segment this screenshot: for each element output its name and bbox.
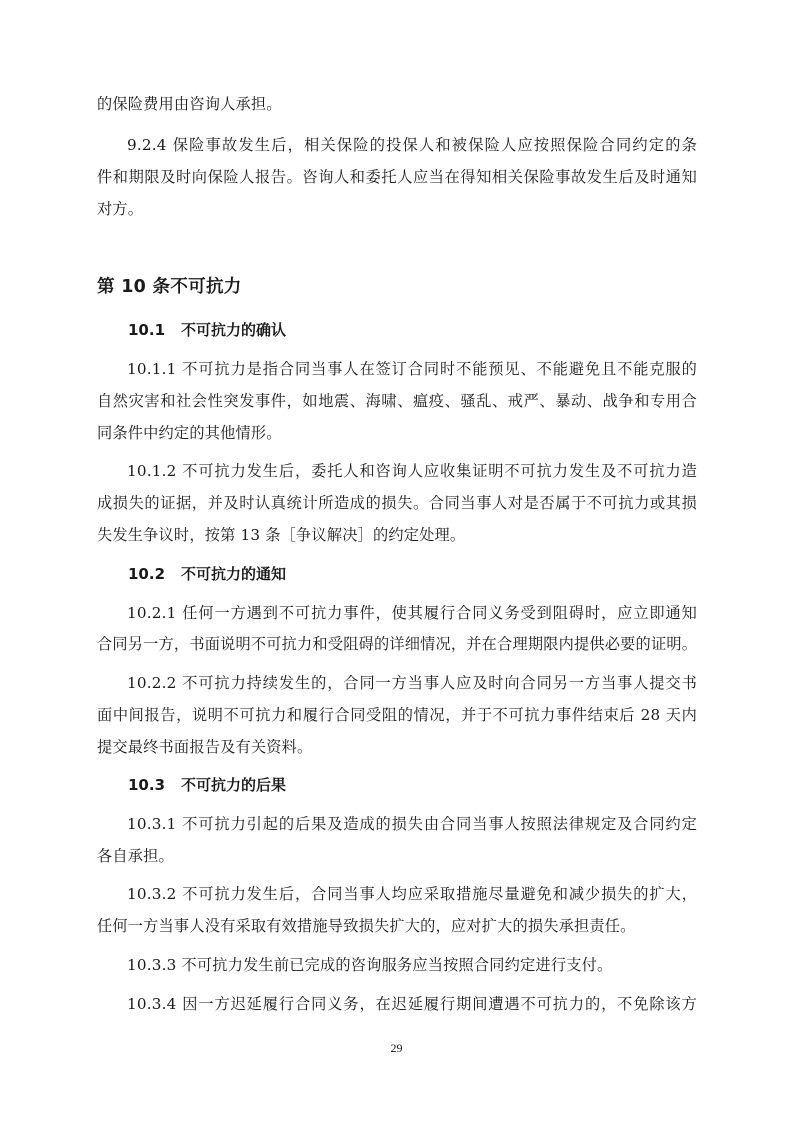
paragraph-line: 合同另一方，书面说明不可抗力和受阻碍的详细情况，并在合理期限内提供必要的证明。 (97, 634, 697, 654)
paragraph-line: 10.1.1 不可抗力是指合同当事人在签订合同时不能预见、不能避免且不能克服的 (127, 359, 697, 379)
paragraph-line: 10.2.1 任何一方遇到不可抗力事件，使其履行合同义务受到阻碍时，应立即通知 (127, 603, 697, 623)
paragraph-line: 对方。 (97, 199, 697, 219)
paragraph-line: 任何一方当事人没有采取有效措施导致损失扩大的，应对扩大的损失承担责任。 (97, 916, 697, 936)
paragraph-line: 10.3.2 不可抗力发生后，合同当事人均应采取措施尽量避免和减少损失的扩大， (127, 884, 697, 904)
paragraph-line: 10.3.3 不可抗力发生前已完成的咨询服务应当按照合同约定进行支付。 (127, 955, 697, 975)
paragraph-line: 件和期限及时向保险人报告。咨询人和委托人应当在得知相关保险事故发生后及时通知 (97, 167, 697, 187)
paragraph-line: 10.2.2 不可抗力持续发生的，合同一方当事人应及时向合同另一方当事人提交书 (127, 673, 697, 693)
section-heading-10-1: 10.1不可抗力的确认 (128, 320, 286, 340)
paragraph-line: 10.3.1 不可抗力引起的后果及造成的损失由合同当事人按照法律规定及合同约定 (127, 814, 697, 834)
paragraph-line: 成损失的证据，并及时认真统计所造成的损失。合同当事人对是否属于不可抗力或其损 (97, 493, 697, 513)
section-heading-10-2: 10.2不可抗力的通知 (128, 564, 286, 584)
section-number: 10.1 (128, 320, 181, 340)
paragraph-line: 自然灾害和社会性突发事件，如地震、海啸、瘟疫、骚乱、戒严、暴动、战争和专用合 (97, 391, 697, 411)
section-number: 10.2 (128, 564, 181, 584)
section-heading-10-3: 10.3不可抗力的后果 (128, 775, 286, 795)
section-number: 10.3 (128, 775, 181, 795)
paragraph-line: 的保险费用由咨询人承担。 (97, 94, 697, 114)
paragraph-line: 提交最终书面报告及有关资料。 (97, 737, 697, 757)
page-number: 29 (0, 1040, 793, 1056)
section-title: 不可抗力的确认 (181, 321, 286, 339)
paragraph-line: 9.2.4 保险事故发生后，相关保险的投保人和被保险人应按照保险合同约定的条 (127, 135, 697, 155)
section-title: 不可抗力的后果 (181, 776, 286, 794)
paragraph-line: 各自承担。 (97, 846, 697, 866)
paragraph-line: 失发生争议时，按第 13 条［争议解决］的约定处理。 (97, 525, 697, 545)
section-title: 不可抗力的通知 (181, 565, 286, 583)
article-heading: 第 10 条不可抗力 (97, 276, 242, 298)
paragraph-line: 面中间报告，说明不可抗力和履行合同受阻的情况，并于不可抗力事件结束后 28 天内 (97, 705, 697, 725)
paragraph-line: 同条件中约定的其他情形。 (97, 423, 697, 443)
paragraph-line: 10.1.2 不可抗力发生后，委托人和咨询人应收集证明不可抗力发生及不可抗力造 (127, 461, 697, 481)
paragraph-line: 10.3.4 因一方迟延履行合同义务，在迟延履行期间遭遇不可抗力的，不免除该方 (127, 994, 697, 1014)
document-page: 的保险费用由咨询人承担。 9.2.4 保险事故发生后，相关保险的投保人和被保险人… (0, 0, 793, 1122)
